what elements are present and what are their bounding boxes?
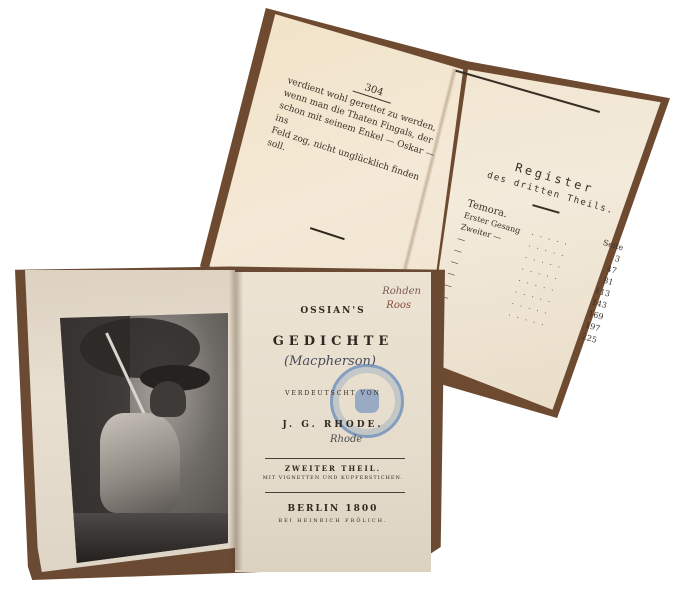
title-line-1: OSSIAN'S xyxy=(235,306,431,316)
divider xyxy=(265,458,405,459)
part-subtitle: MIT VIGNETTEN UND KUPFERSTICHEN. xyxy=(235,475,431,481)
translator-line: VERDEUTSCHT VON xyxy=(235,390,431,397)
imprint-city-year: BERLIN 1800 xyxy=(235,504,431,514)
part-label: ZWEITER THEIL. xyxy=(235,464,431,473)
helmet xyxy=(150,381,186,417)
warrior-figure xyxy=(100,413,180,513)
translator-name: J. G. RHODE. xyxy=(235,420,431,430)
warrior-engraving xyxy=(60,313,228,563)
handwritten-translator: Rhode xyxy=(330,434,362,445)
divider xyxy=(532,204,559,213)
imprint-publisher: BEI HEINRICH FRÖLICH. xyxy=(235,518,431,524)
title-line-2: GEDICHTE xyxy=(235,334,431,349)
handwritten-note: Rohden xyxy=(382,286,421,297)
ossian-book: Rohden Roos OSSIAN'S GEDICHTE (Macpherso… xyxy=(15,250,445,580)
title-page-text: Rohden Roos OSSIAN'S GEDICHTE (Macpherso… xyxy=(235,272,431,572)
divider xyxy=(265,492,405,493)
photo-scene: 304 verdient wohl gerettet zu werden, we… xyxy=(0,0,691,591)
